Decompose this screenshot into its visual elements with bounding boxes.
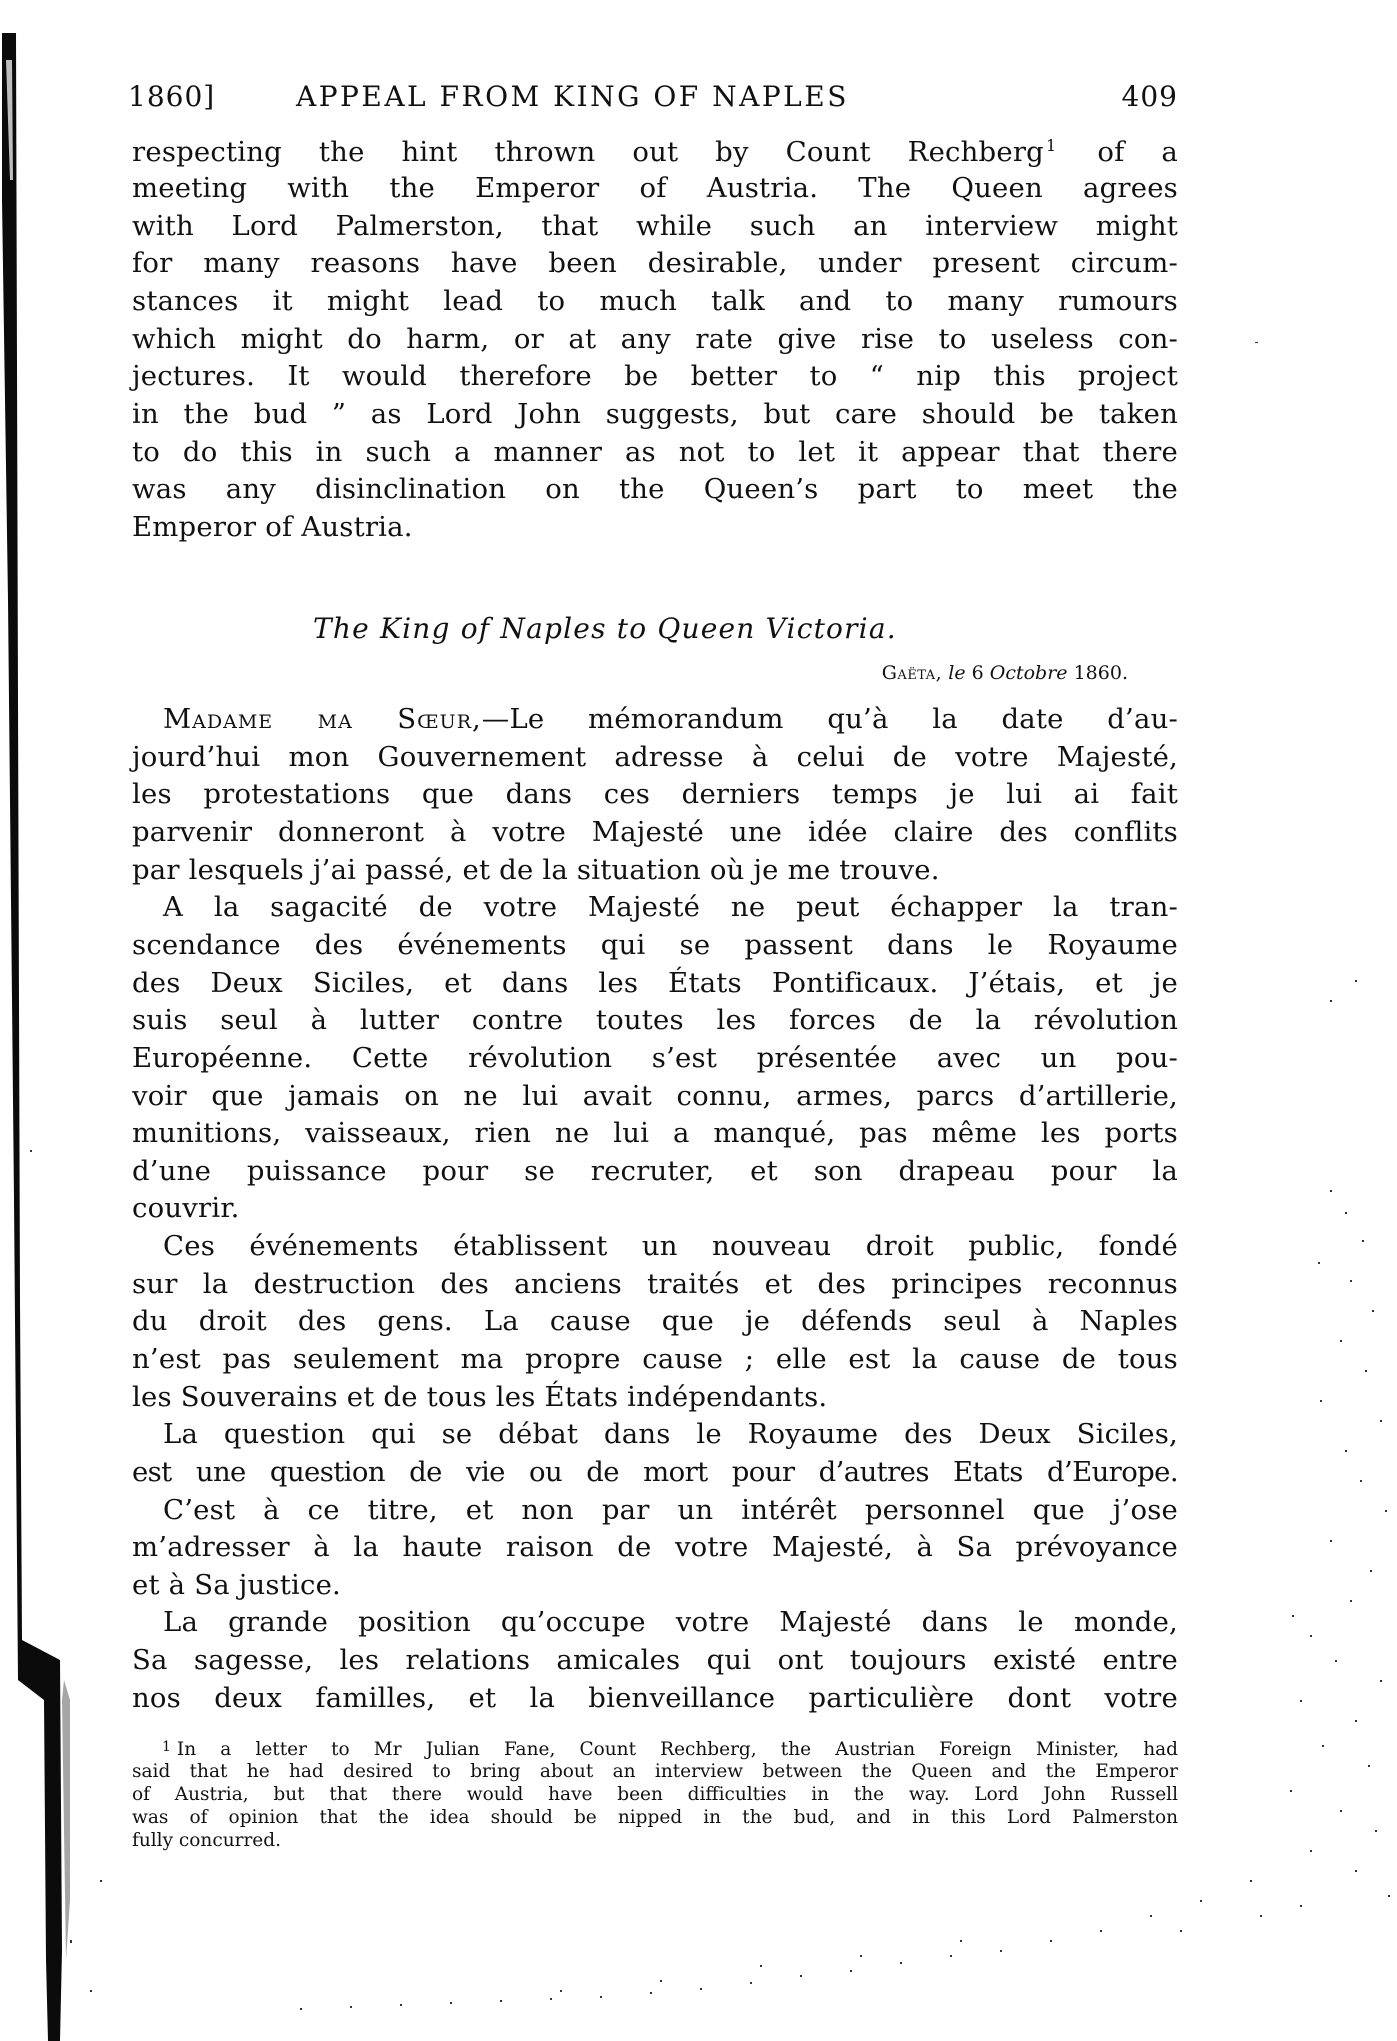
text-line: stances it might lead to much talk and t… — [132, 288, 1178, 322]
text-line: munitions, vaisseaux, rien ne lui a manq… — [132, 1120, 1178, 1154]
text-line: et à Sa justice. — [132, 1572, 1178, 1606]
text-line: which might do harm, or at any rate give… — [132, 326, 1178, 360]
dateline-day: 6 — [972, 662, 984, 684]
footnote-line: fully concurred. — [132, 1832, 1178, 1854]
text-line: Européenne. Cette révolution s’est prése… — [132, 1045, 1178, 1079]
text-line: voir que jamais on ne lui avait connu, a… — [132, 1083, 1178, 1117]
text-line: suis seul à lutter contre toutes les for… — [132, 1007, 1178, 1041]
text-line: par lesquels j’ai passé, et de la situat… — [132, 857, 1178, 891]
text-line: Ces événements établissent un nouveau dr… — [132, 1233, 1178, 1267]
text-line: m’adresser à la haute raison de votre Ma… — [132, 1534, 1178, 1568]
text-line: parvenir donneront à votre Majesté une i… — [132, 819, 1178, 853]
text-line: to do this in such a manner as not to le… — [132, 439, 1178, 473]
footnote-mark: 1 — [162, 1739, 171, 1755]
text-line: La question qui se débat dans le Royaume… — [132, 1421, 1178, 1455]
scanned-binding-edge — [0, 0, 70, 2041]
page-number: 409 — [1122, 80, 1178, 113]
header-running-title: APPEAL FROM KING OF NAPLES — [296, 80, 849, 113]
text-line: meeting with the Emperor of Austria. The… — [132, 175, 1178, 209]
text-line: du droit des gens. La cause que je défen… — [132, 1308, 1178, 1342]
dateline-le: le — [948, 662, 965, 684]
footnote-line: 1In a letter to Mr Julian Fane, Count Re… — [132, 1740, 1178, 1762]
text-line: scendance des événements qui se passent … — [132, 932, 1178, 966]
text-line: A la sagacité de votre Majesté ne peut é… — [132, 894, 1178, 928]
text-line: C’est à ce titre, et non par un intérêt … — [132, 1497, 1178, 1531]
running-header: 1860] APPEAL FROM KING OF NAPLES 409 — [128, 80, 1178, 112]
footnote-line: said that he had desired to bring about … — [132, 1763, 1178, 1785]
letter-dateline: Gaëta, le 6 Octobre 1860. — [832, 662, 1128, 684]
dateline-year: 1860. — [1074, 662, 1128, 684]
text-line: Madame ma Sœur,—Le mémorandum qu’à la da… — [132, 706, 1178, 740]
text-line: d’une puissance pour se recruter, et son… — [132, 1158, 1178, 1192]
text-line: sur la destruction des anciens traités e… — [132, 1271, 1178, 1305]
text-line: jectures. It would therefore be better t… — [132, 363, 1178, 397]
dateline-place: Gaëta, — [882, 662, 942, 684]
text-line: for many reasons have been desirable, un… — [132, 250, 1178, 284]
footnote-line: was of opinion that the idea should be n… — [132, 1809, 1178, 1831]
text-line: respecting the hint thrown out by Count … — [132, 138, 1178, 172]
text-line: est une question de vie ou de mort pour … — [132, 1459, 1178, 1493]
salutation: Madame ma Sœur, — [163, 703, 482, 735]
dateline-month: Octobre — [990, 662, 1068, 684]
letter-title: The King of Naples to Queen Victoria. — [313, 612, 897, 645]
text-line: les protestations que dans ces derniers … — [132, 781, 1178, 815]
footnote-ref[interactable]: 1 — [1046, 136, 1056, 155]
text-line: was any disinclination on the Queen’s pa… — [132, 476, 1178, 510]
text-line: La grande position qu’occupe votre Majes… — [132, 1609, 1178, 1643]
text-line: les Souverains et de tous les États indé… — [132, 1384, 1178, 1418]
text-line: des Deux Siciles, et dans les États Pont… — [132, 970, 1178, 1004]
footnote-line: of Austria, but that there would have be… — [132, 1786, 1178, 1808]
text-line: n’est pas seulement ma propre cause ; el… — [132, 1346, 1178, 1380]
text-line: Sa sagesse, les relations amicales qui o… — [132, 1647, 1178, 1681]
text-line: jourd’hui mon Gouvernement adresse à cel… — [132, 744, 1178, 778]
text-line: Emperor of Austria. — [132, 514, 1178, 548]
text-line: with Lord Palmerston, that while such an… — [132, 213, 1178, 247]
text-line: in the bud ” as Lord John suggests, but … — [132, 401, 1178, 435]
book-page: 1860] APPEAL FROM KING OF NAPLES 409 res… — [0, 0, 1397, 2041]
text-line: nos deux familles, et la bienveillance p… — [132, 1685, 1178, 1719]
text-line: couvrir. — [132, 1195, 1178, 1229]
header-year: 1860] — [128, 80, 215, 113]
